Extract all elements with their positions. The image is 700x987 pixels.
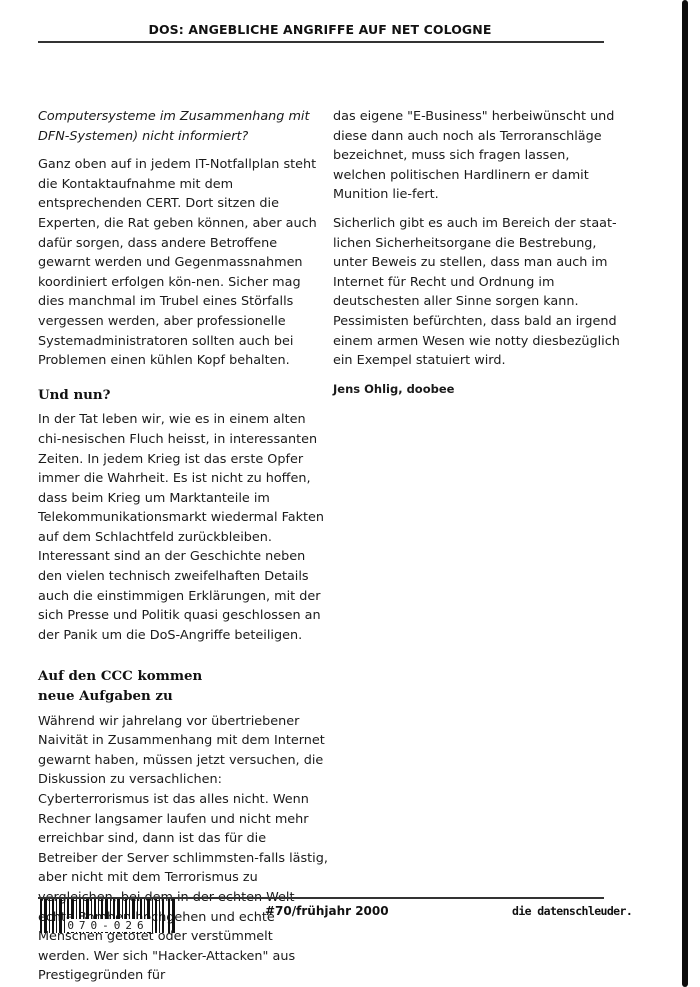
paragraph-cyberterrorismus: Während wir jahrelang vor übertriebener … <box>38 712 328 986</box>
heading-und-nun: Und nun? <box>38 386 328 406</box>
right-column: das eigene "E-Business" herbeiwünscht un… <box>333 107 623 399</box>
heading-ccc-line2: neue Aufgaben zu <box>38 688 173 704</box>
page-edge-bar <box>682 0 688 987</box>
paragraph-sicherheitsorgane: Sicherlich gibt es auch im Bereich der s… <box>333 214 623 371</box>
paragraph-cert: Ganz oben auf in jedem IT-Notfallplan st… <box>38 155 328 371</box>
heading-ccc-line1: Auf den CCC kommen <box>38 668 202 684</box>
paragraph-e-business: das eigene "E-Business" herbeiwünscht un… <box>333 107 623 205</box>
author-byline: Jens Ohlig, doobee <box>333 380 623 400</box>
paragraph-interessante-zeiten: In der Tat leben wir, wie es in einem al… <box>38 410 328 645</box>
header-rule <box>38 41 604 43</box>
left-column: Computersysteme im Zusammenhang mit DFN-… <box>38 107 328 987</box>
running-header-title: DOS: ANGEBLICHE ANGRIFFE AUF NET COLOGNE <box>0 22 640 37</box>
magazine-name: die datenschleuder. <box>512 904 632 918</box>
heading-ccc-aufgaben: Auf den CCC kommen neue Aufgaben zu <box>38 667 328 706</box>
barcode-number: 070-026 <box>40 919 176 932</box>
barcode-number-text: 070-026 <box>65 919 150 932</box>
lede-question: Computersysteme im Zusammenhang mit DFN-… <box>38 107 328 146</box>
issue-label: #70/frühjahr 2000 <box>265 904 389 918</box>
